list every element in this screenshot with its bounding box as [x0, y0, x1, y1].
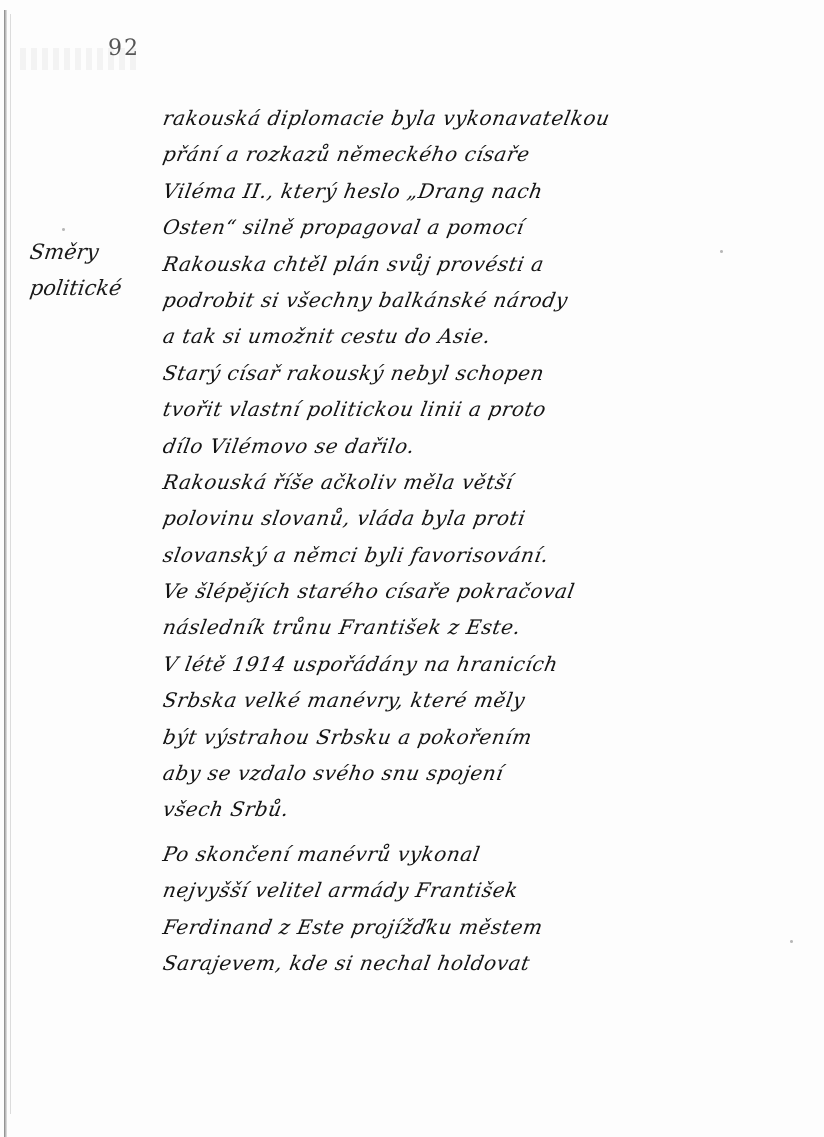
text-line: Po skončení manévrů vykonal	[160, 836, 766, 872]
text-line: Rakouska chtěl plán svůj provésti a	[160, 246, 766, 282]
text-line: následník trůnu František z Este.	[160, 609, 766, 645]
scan-speck	[790, 940, 793, 943]
text-line: všech Srbů.	[160, 791, 766, 827]
scanned-page: 92 Směry politické rakouská diplomacie b…	[0, 0, 824, 1137]
binding-edge-line	[4, 10, 7, 1137]
binding-edge-shadow	[10, 14, 11, 1114]
text-line: Ferdinand z Este projížďku městem	[160, 909, 766, 945]
margin-note-line-2: politické	[28, 276, 151, 300]
text-line: Starý císař rakouský nebyl schopen	[160, 355, 766, 391]
scan-speck	[720, 250, 723, 253]
text-line: podrobit si všechny balkánské národy	[160, 282, 766, 318]
text-line: Osten“ silně propagoval a pomocí	[160, 209, 766, 245]
text-line: rakouská diplomacie byla vykonavatelkou	[160, 100, 766, 136]
text-line: Ve šlépějích starého císaře pokračoval	[160, 573, 766, 609]
text-line: V létě 1914 uspořádány na hranicích	[160, 646, 766, 682]
text-line: slovanský a němci byli favorisování.	[160, 537, 766, 573]
text-line: Viléma II., který heslo „Drang nach	[160, 173, 766, 209]
text-line: Srbska velké manévry, které měly	[160, 682, 766, 718]
text-line: polovinu slovanů, vláda byla proti	[160, 500, 766, 536]
text-line: Rakouská říše ačkoliv měla větší	[160, 464, 766, 500]
handwritten-body: rakouská diplomacie byla vykonavatelkou …	[160, 100, 760, 981]
text-line: tvořit vlastní politickou linii a proto	[160, 391, 766, 427]
margin-note-line-1: Směry	[28, 240, 151, 264]
scan-speck	[62, 228, 65, 231]
text-line: nejvyšší velitel armády František	[160, 872, 766, 908]
page-number: 92	[108, 36, 140, 61]
text-line: a tak si umožnit cestu do Asie.	[160, 318, 766, 354]
text-line: aby se vzdalo svého snu spojení	[160, 755, 766, 791]
text-line: dílo Vilémovo se dařilo.	[160, 428, 766, 464]
text-line: být výstrahou Srbsku a pokořením	[160, 719, 766, 755]
text-line: přání a rozkazů německého císaře	[160, 136, 766, 172]
text-line: Sarajevem, kde si nechal holdovat	[160, 945, 766, 981]
